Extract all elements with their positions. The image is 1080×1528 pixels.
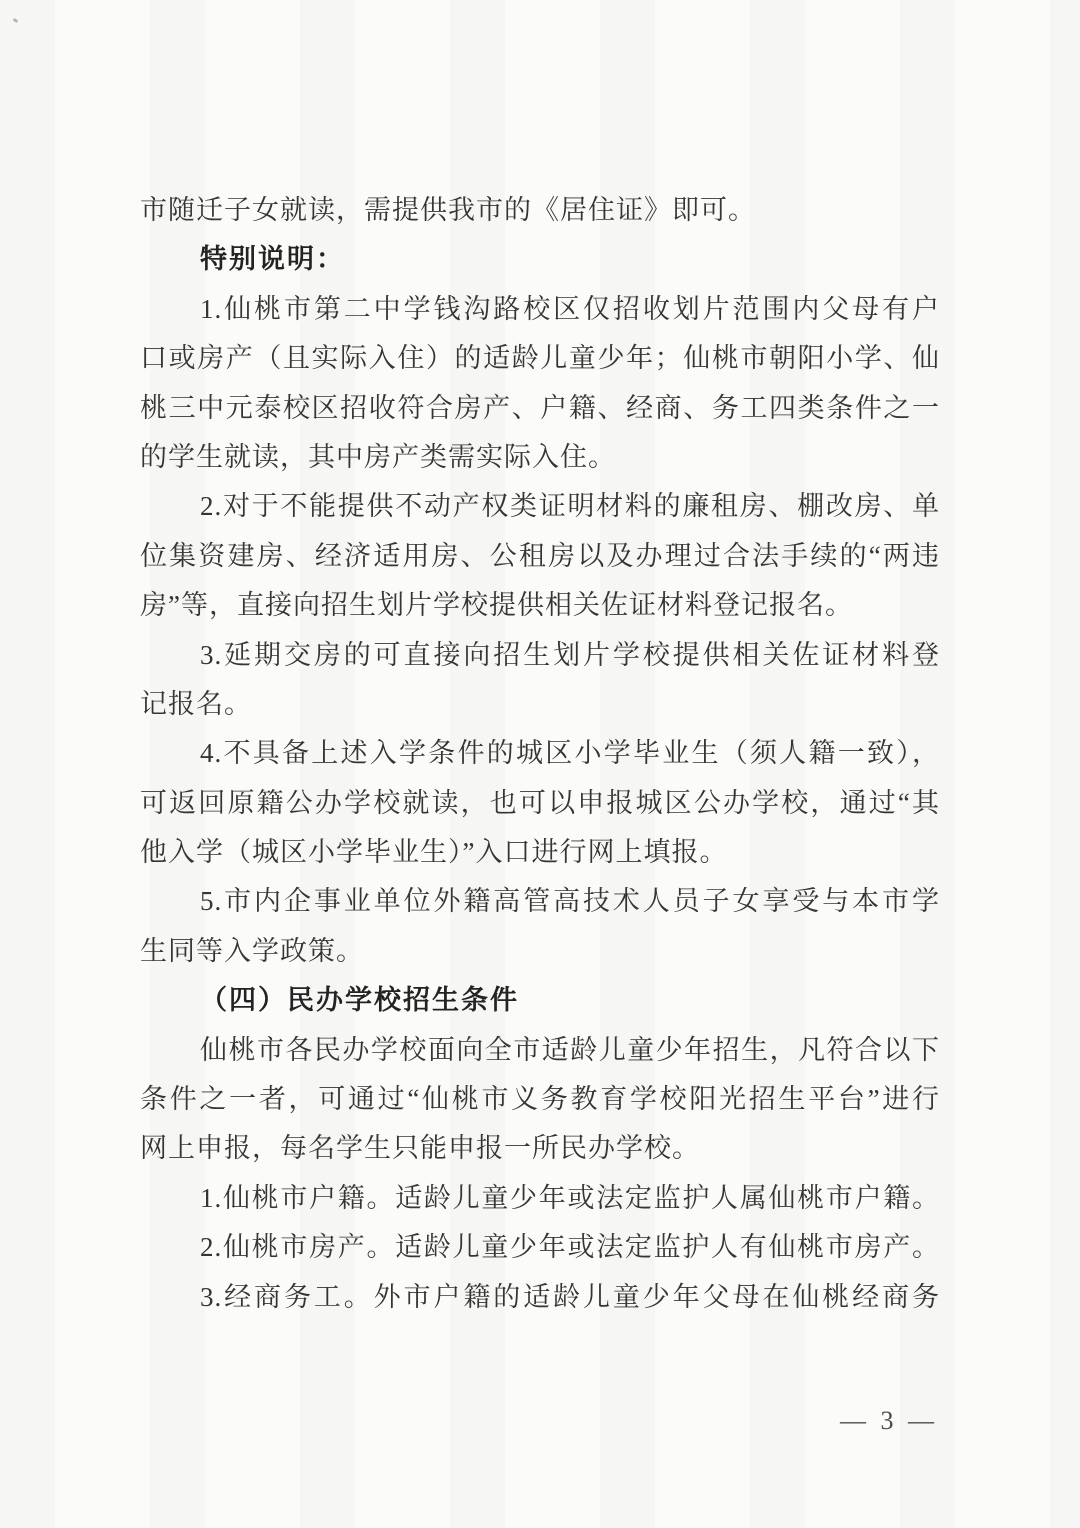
text-line: 口或房产（且实际入住）的适龄儿童少年；仙桃市朝阳小学、仙 [140, 334, 940, 383]
text-line: 1.仙桃市第二中学钱沟路校区仅招收划片范围内父母有户 [140, 285, 940, 334]
text-line: 他入学（城区小学毕业生）”入口进行网上填报。 [140, 828, 940, 877]
text-line: 房”等，直接向招生划片学校提供相关佐证材料登记报名。 [140, 581, 940, 630]
text-line: 网上申报，每名学生只能申报一所民办学校。 [140, 1124, 940, 1173]
text-line: 位集资建房、经济适用房、公租房以及办理过合法手续的“两违 [140, 532, 940, 581]
text-line: 市随迁子女就读，需提供我市的《居住证》即可。 [140, 186, 940, 235]
text-line: 生同等入学政策。 [140, 927, 940, 976]
text-line: 2.对于不能提供不动产权类证明材料的廉租房、棚改房、单 [140, 482, 940, 531]
text-line: 3.延期交房的可直接向招生划片学校提供相关佐证材料登 [140, 631, 940, 680]
text-line: 桃三中元泰校区招收符合房产、户籍、经商、务工四类条件之一 [140, 384, 940, 433]
document-body: 市随迁子女就读，需提供我市的《居住证》即可。 特别说明： 1.仙桃市第二中学钱沟… [140, 186, 940, 1322]
section-heading: 特别说明： [140, 235, 940, 284]
text-line: 仙桃市各民办学校面向全市适龄儿童少年招生，凡符合以下 [140, 1026, 940, 1075]
section-heading: （四）民办学校招生条件 [140, 976, 940, 1025]
text-line: 1.仙桃市户籍。适龄儿童少年或法定监护人属仙桃市户籍。 [140, 1174, 940, 1223]
text-line: 5.市内企事业单位外籍高管高技术人员子女享受与本市学 [140, 877, 940, 926]
text-line: 的学生就读，其中房产类需实际入住。 [140, 433, 940, 482]
text-line: 4.不具备上述入学条件的城区小学毕业生（须人籍一致）， [140, 729, 940, 778]
text-line: 3.经商务工。外市户籍的适龄儿童少年父母在仙桃经商务 [140, 1273, 940, 1322]
scan-speck-artifact [13, 18, 19, 23]
page-number: — 3 — [840, 1406, 938, 1436]
text-line: 可返回原籍公办学校就读，也可以申报城区公办学校，通过“其 [140, 779, 940, 828]
text-line: 条件之一者，可通过“仙桃市义务教育学校阳光招生平台”进行 [140, 1075, 940, 1124]
scanned-document-page: 市随迁子女就读，需提供我市的《居住证》即可。 特别说明： 1.仙桃市第二中学钱沟… [0, 0, 1080, 1528]
text-line: 2.仙桃市房产。适龄儿童少年或法定监护人有仙桃市房产。 [140, 1223, 940, 1272]
text-line: 记报名。 [140, 680, 940, 729]
